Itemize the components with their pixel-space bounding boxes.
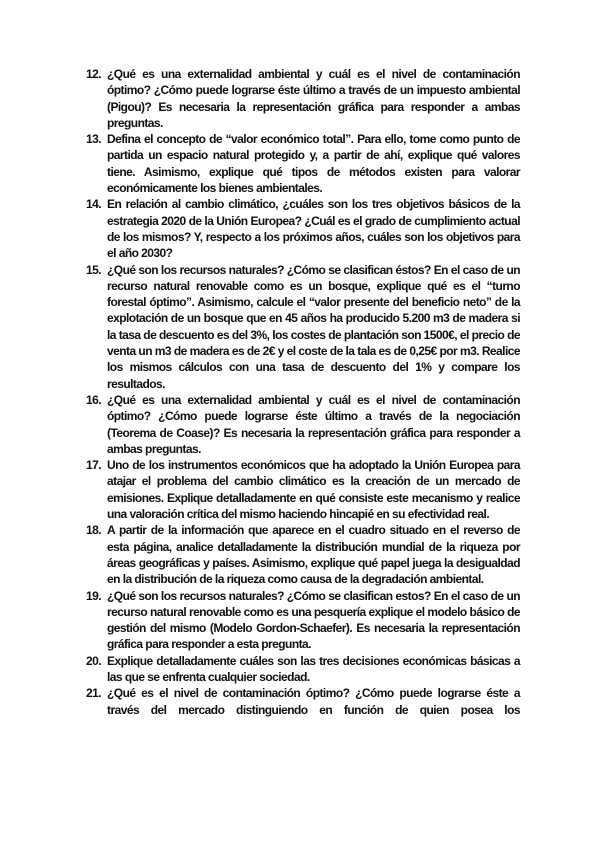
question-text: Explique detalladamente cuáles son las t…	[107, 654, 520, 684]
question-number: 15.	[86, 262, 101, 278]
question-item-21: 21.¿Qué es el nivel de contaminación ópt…	[86, 685, 520, 718]
question-item-14: 14.En relación al cambio climático, ¿cuá…	[86, 196, 520, 261]
question-number: 18.	[86, 522, 101, 538]
question-number: 13.	[86, 131, 101, 147]
question-text: A partir de la información que aparece e…	[107, 523, 520, 586]
question-number: 17.	[86, 457, 101, 473]
question-item-20: 20.Explique detalladamente cuáles son la…	[86, 653, 520, 686]
question-text: ¿Qué son los recursos naturales? ¿Cómo s…	[107, 589, 520, 652]
question-number: 14.	[86, 196, 101, 212]
question-item-15: 15.¿Qué son los recursos naturales? ¿Cóm…	[86, 262, 520, 392]
question-item-19: 19.¿Qué son los recursos naturales? ¿Cóm…	[86, 588, 520, 653]
question-text: ¿Qué son los recursos naturales? ¿Cómo s…	[107, 263, 520, 391]
question-text: Defina el concepto de “valor económico t…	[107, 132, 520, 195]
question-text: ¿Qué es una externalidad ambiental y cuá…	[107, 393, 520, 456]
question-item-18: 18.A partir de la información que aparec…	[86, 522, 520, 587]
question-item-12: 12.¿Qué es una externalidad ambiental y …	[86, 66, 520, 131]
question-number: 16.	[86, 392, 101, 408]
question-text: En relación al cambio climático, ¿cuáles…	[107, 197, 520, 260]
question-item-13: 13.Defina el concepto de “valor económic…	[86, 131, 520, 196]
question-text: Uno de los instrumentos económicos que h…	[107, 458, 520, 521]
question-number: 12.	[86, 66, 101, 82]
question-text: ¿Qué es una externalidad ambiental y cuá…	[107, 67, 520, 130]
question-number: 20.	[86, 653, 101, 669]
question-item-17: 17.Uno de los instrumentos económicos qu…	[86, 457, 520, 522]
question-number: 21.	[86, 685, 101, 701]
question-item-16: 16.¿Qué es una externalidad ambiental y …	[86, 392, 520, 457]
question-text: ¿Qué es el nivel de contaminación óptimo…	[107, 686, 520, 716]
question-number: 19.	[86, 588, 101, 604]
document-page: 12.¿Qué es una externalidad ambiental y …	[0, 0, 600, 848]
